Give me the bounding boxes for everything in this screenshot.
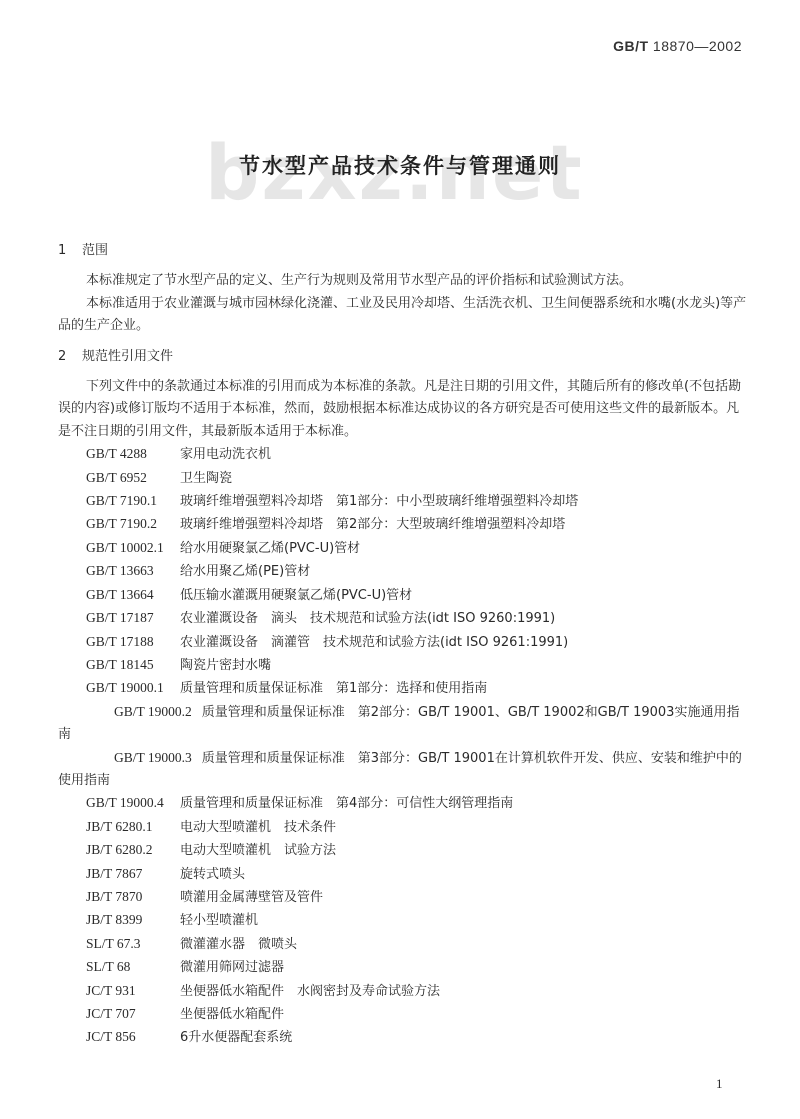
reference-item: GB/T 6952卫生陶瓷 <box>58 467 748 490</box>
reference-item: GB/T 7190.2玻璃纤维增强塑料冷却塔 第2部分：大型玻璃纤维增强塑料冷却… <box>58 513 748 536</box>
reference-item: GB/T 10002.1给水用硬聚氯乙烯(PVC-U)管材 <box>58 537 748 560</box>
reference-code: GB/T 19000.3 <box>86 747 192 769</box>
reference-code: GB/T 19000.1 <box>86 677 170 699</box>
reference-title: 旋转式喷头 <box>180 867 245 882</box>
reference-item: JC/T 8566升水便器配套系统 <box>58 1026 748 1049</box>
reference-item: GB/T 17188农业灌溉设备 滴灌管 技术规范和试验方法(idt ISO 9… <box>58 631 748 654</box>
paragraph: 下列文件中的条款通过本标准的引用而成为本标准的条款。凡是注日期的引用文件，其随后… <box>58 376 748 443</box>
reference-title: 轻小型喷灌机 <box>180 913 258 928</box>
page-number: 1 <box>716 1076 723 1092</box>
reference-code: GB/T 18145 <box>86 654 170 676</box>
reference-code: GB/T 19000.4 <box>86 792 170 814</box>
reference-code: GB/T 6952 <box>86 467 170 489</box>
reference-title: 农业灌溉设备 滴头 技术规范和试验方法(idt ISO 9260:1991) <box>180 611 555 626</box>
document-body: 1范围 本标准规定了节水型产品的定义、生产行为规则及常用节水型产品的评价指标和试… <box>58 240 748 1050</box>
reference-item: JB/T 6280.1电动大型喷灌机 技术条件 <box>58 816 748 839</box>
reference-title: 微灌灌水器 微喷头 <box>180 937 297 952</box>
reference-code: GB/T 19000.2 <box>86 701 192 723</box>
reference-code: GB/T 7190.1 <box>86 490 170 512</box>
reference-item: JB/T 6280.2电动大型喷灌机 试验方法 <box>58 839 748 862</box>
reference-item: GB/T 4288家用电动洗衣机 <box>58 443 748 466</box>
reference-code: SL/T 67.3 <box>86 933 170 955</box>
section-heading-scope: 1范围 <box>58 240 748 262</box>
reference-item: GB/T 19000.1质量管理和质量保证标准 第1部分：选择和使用指南 <box>58 677 748 700</box>
section-heading-normative-references: 2规范性引用文件 <box>58 346 748 368</box>
reference-item: GB/T 18145陶瓷片密封水嘴 <box>58 654 748 677</box>
reference-code: GB/T 10002.1 <box>86 537 170 559</box>
reference-item: JC/T 707坐便器低水箱配件 <box>58 1003 748 1026</box>
reference-title: 低压输水灌溉用硬聚氯乙烯(PVC-U)管材 <box>180 588 412 603</box>
reference-code: JB/T 7867 <box>86 863 170 885</box>
reference-title: 农业灌溉设备 滴灌管 技术规范和试验方法(idt ISO 9261:1991) <box>180 635 568 650</box>
reference-code: GB/T 17188 <box>86 631 170 653</box>
reference-item: GB/T 13664低压输水灌溉用硬聚氯乙烯(PVC-U)管材 <box>58 584 748 607</box>
document-title: 节水型产品技术条件与管理通则 <box>0 150 800 180</box>
reference-code: JC/T 931 <box>86 980 170 1002</box>
reference-title: 陶瓷片密封水嘴 <box>180 658 271 673</box>
reference-title: 家用电动洗衣机 <box>180 447 271 462</box>
reference-item: GB/T 17187农业灌溉设备 滴头 技术规范和试验方法(idt ISO 92… <box>58 607 748 630</box>
reference-title: 坐便器低水箱配件 水阀密封及寿命试验方法 <box>180 984 440 999</box>
reference-list: GB/T 4288家用电动洗衣机GB/T 6952卫生陶瓷GB/T 7190.1… <box>58 443 748 1050</box>
reference-title: 给水用硬聚氯乙烯(PVC-U)管材 <box>180 541 360 556</box>
reference-title: 电动大型喷灌机 技术条件 <box>180 820 336 835</box>
reference-code: JB/T 6280.1 <box>86 816 170 838</box>
reference-title: 6升水便器配套系统 <box>180 1030 292 1045</box>
reference-code: JB/T 8399 <box>86 909 170 931</box>
reference-title: 质量管理和质量保证标准 第4部分：可信性大纲管理指南 <box>180 796 513 811</box>
reference-title: 微灌用筛网过滤器 <box>180 960 284 975</box>
reference-title: 玻璃纤维增强塑料冷却塔 第2部分：大型玻璃纤维增强塑料冷却塔 <box>180 517 565 532</box>
standard-number: 18870—2002 <box>653 38 742 54</box>
reference-code: JC/T 707 <box>86 1003 170 1025</box>
reference-code: GB/T 13664 <box>86 584 170 606</box>
section-number: 2 <box>58 346 82 368</box>
reference-code: GB/T 17187 <box>86 607 170 629</box>
reference-title: 玻璃纤维增强塑料冷却塔 第1部分：中小型玻璃纤维增强塑料冷却塔 <box>180 494 578 509</box>
reference-title: 坐便器低水箱配件 <box>180 1007 284 1022</box>
reference-item: JB/T 8399轻小型喷灌机 <box>58 909 748 932</box>
reference-code: JB/T 7870 <box>86 886 170 908</box>
reference-title: 给水用聚乙烯(PE)管材 <box>180 564 310 579</box>
reference-item: SL/T 68微灌用筛网过滤器 <box>58 956 748 979</box>
reference-item: SL/T 67.3微灌灌水器 微喷头 <box>58 933 748 956</box>
reference-item: GB/T 7190.1玻璃纤维增强塑料冷却塔 第1部分：中小型玻璃纤维增强塑料冷… <box>58 490 748 513</box>
reference-item: GB/T 13663给水用聚乙烯(PE)管材 <box>58 560 748 583</box>
reference-title: 喷灌用金属薄壁管及管件 <box>180 890 323 905</box>
reference-item: GB/T 19000.4质量管理和质量保证标准 第4部分：可信性大纲管理指南 <box>58 792 748 815</box>
reference-code: SL/T 68 <box>86 956 170 978</box>
reference-title: 电动大型喷灌机 试验方法 <box>180 843 336 858</box>
reference-item: GB/T 19000.2质量管理和质量保证标准 第2部分：GB/T 19001、… <box>58 701 748 747</box>
paragraph: 本标准规定了节水型产品的定义、生产行为规则及常用节水型产品的评价指标和试验测试方… <box>58 270 748 292</box>
section-title: 规范性引用文件 <box>82 349 173 364</box>
reference-code: GB/T 7190.2 <box>86 513 170 535</box>
paragraph: 本标准适用于农业灌溉与城市园林绿化浇灌、工业及民用冷却塔、生活洗衣机、卫生间便器… <box>58 293 748 338</box>
reference-code: GB/T 13663 <box>86 560 170 582</box>
reference-item: JB/T 7870喷灌用金属薄壁管及管件 <box>58 886 748 909</box>
section-title: 范围 <box>82 243 108 258</box>
reference-title: 卫生陶瓷 <box>180 471 232 486</box>
standard-code: GB/T 18870—2002 <box>613 38 742 54</box>
reference-code: JC/T 856 <box>86 1026 170 1048</box>
reference-item: JC/T 931坐便器低水箱配件 水阀密封及寿命试验方法 <box>58 980 748 1003</box>
section-number: 1 <box>58 240 82 262</box>
reference-title: 质量管理和质量保证标准 第1部分：选择和使用指南 <box>180 681 487 696</box>
reference-item: JB/T 7867旋转式喷头 <box>58 863 748 886</box>
reference-code: JB/T 6280.2 <box>86 839 170 861</box>
standard-prefix: GB/T <box>613 38 648 54</box>
reference-item: GB/T 19000.3质量管理和质量保证标准 第3部分：GB/T 19001在… <box>58 747 748 793</box>
reference-code: GB/T 4288 <box>86 443 170 465</box>
